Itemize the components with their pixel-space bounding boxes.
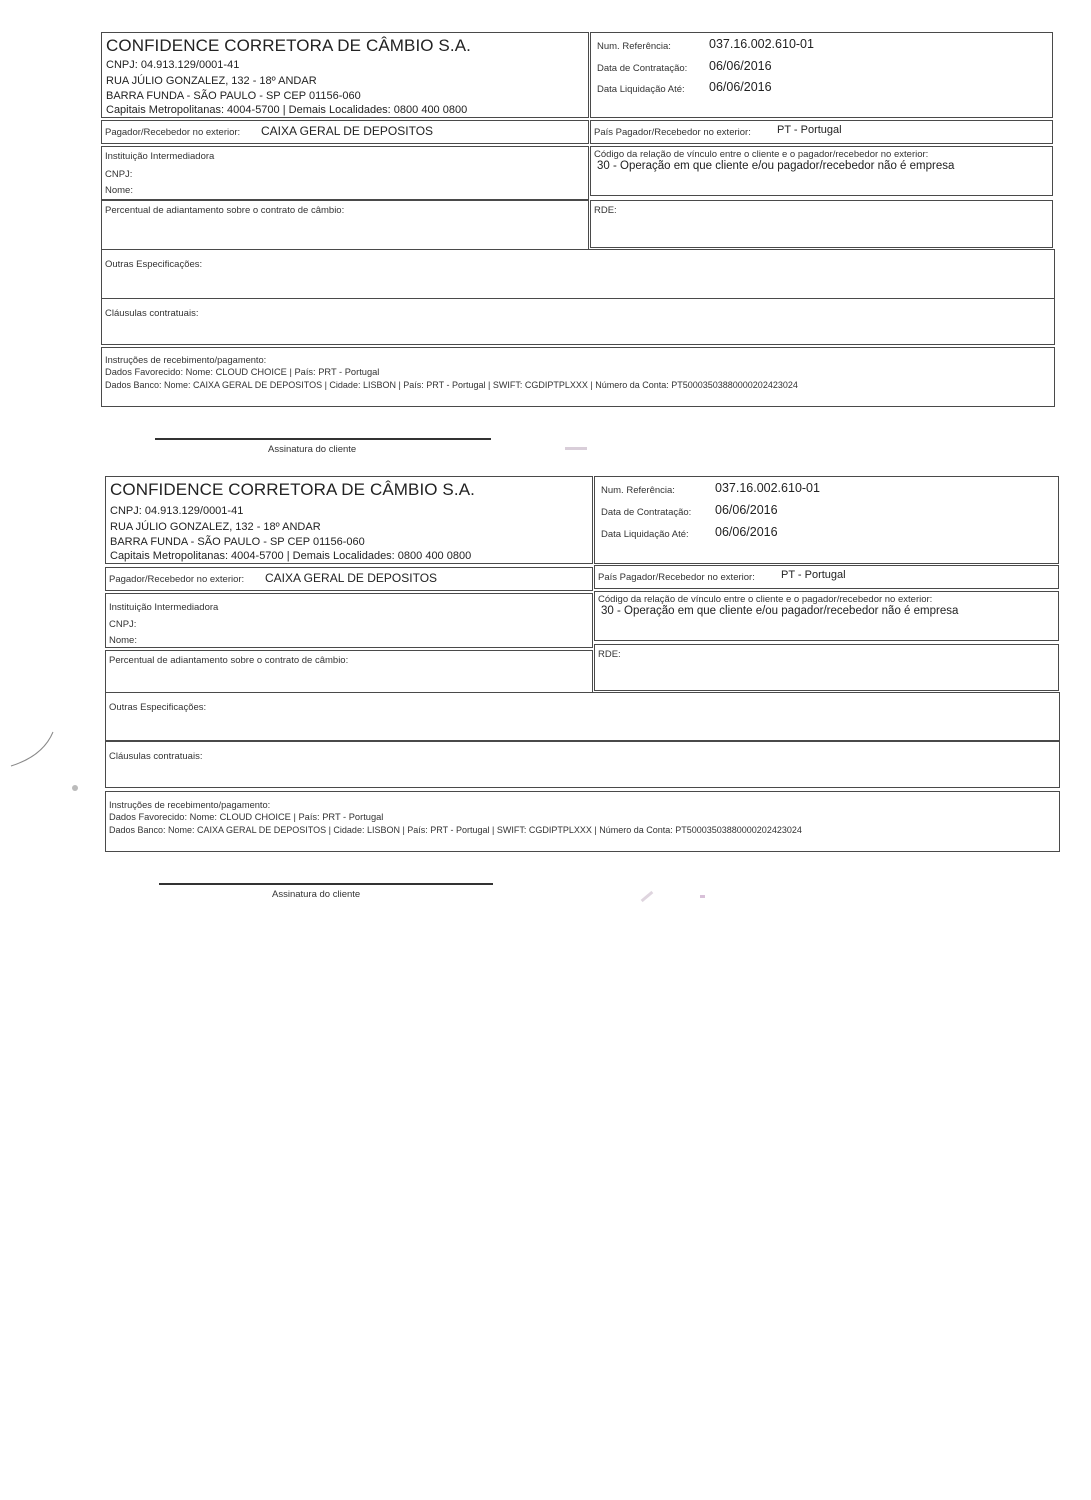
settlement-date-value: 06/06/2016 — [715, 525, 778, 539]
company-header-box: CONFIDENCE CORRETORA DE CÂMBIO S.A. CNPJ… — [101, 32, 589, 118]
relationship-code-value: 30 - Operação em que cliente e/ou pagado… — [601, 605, 958, 617]
scan-speck — [72, 785, 78, 791]
reference-number-value: 037.16.002.610-01 — [709, 37, 814, 51]
relationship-code-label: Código da relação de vínculo entre o cli… — [598, 594, 932, 605]
payer-country-value: PT - Portugal — [777, 124, 842, 136]
intermediary-title: Instituição Intermediadora — [109, 602, 218, 613]
payer-country-value: PT - Portugal — [781, 569, 846, 581]
company-cnpj: CNPJ: 04.913.129/0001-41 — [106, 59, 239, 71]
signature-label: Assinatura do cliente — [272, 889, 360, 900]
reference-number-value: 037.16.002.610-01 — [715, 481, 820, 495]
intermediary-box: Instituição Intermediadora CNPJ: Nome: — [105, 593, 593, 648]
advance-percentage-label: Percentual de adiantamento sobre o contr… — [105, 205, 344, 216]
company-name: CONFIDENCE CORRETORA DE CÂMBIO S.A. — [106, 36, 471, 56]
relationship-code-box: Código da relação de vínculo entre o cli… — [590, 146, 1053, 196]
rde-label: RDE: — [598, 649, 621, 660]
other-specifications-box: Outras Especificações: — [105, 692, 1060, 741]
scan-mark-arc — [5, 728, 65, 778]
contract-clauses-box: Cláusulas contratuais: — [101, 298, 1055, 345]
company-cnpj: CNPJ: 04.913.129/0001-41 — [110, 505, 243, 517]
payer-country-label: País Pagador/Recebedor no exterior: — [594, 127, 751, 138]
signature-line — [155, 438, 491, 440]
contract-clauses-label: Cláusulas contratuais: — [105, 308, 198, 319]
payer-box: Pagador/Recebedor no exterior: CAIXA GER… — [101, 120, 589, 144]
payment-instructions-box: Instruções de recebimento/pagamento: Dad… — [101, 347, 1055, 407]
settlement-date-value: 06/06/2016 — [709, 80, 772, 94]
rde-label: RDE: — [594, 205, 617, 216]
settlement-date-label: Data Liquidação Até: — [601, 529, 689, 540]
contract-clauses-label: Cláusulas contratuais: — [109, 751, 202, 762]
payer-label: Pagador/Recebedor no exterior: — [109, 574, 244, 585]
contract-clauses-box: Cláusulas contratuais: — [105, 741, 1060, 788]
company-address-line-1: RUA JÚLIO GONZALEZ, 132 - 18º ANDAR — [110, 521, 321, 533]
signature-line — [159, 883, 493, 885]
intermediary-name-label: Nome: — [105, 185, 133, 196]
intermediary-cnpj-label: CNPJ: — [109, 619, 136, 630]
rde-box: RDE: — [594, 644, 1059, 691]
other-specifications-label: Outras Especificações: — [109, 702, 206, 713]
reference-number-label: Num. Referência: — [597, 41, 671, 52]
relationship-code-label: Código da relação de vínculo entre o cli… — [594, 149, 928, 160]
rde-box: RDE: — [590, 200, 1053, 248]
payer-value: CAIXA GERAL DE DEPOSITOS — [261, 124, 433, 138]
payment-instructions-label: Instruções de recebimento/pagamento: — [109, 800, 270, 810]
beneficiary-details: Dados Favorecido: Nome: CLOUD CHOICE | P… — [109, 812, 383, 822]
advance-percentage-box: Percentual de adiantamento sobre o contr… — [105, 650, 593, 697]
contract-date-value: 06/06/2016 — [715, 503, 778, 517]
intermediary-title: Instituição Intermediadora — [105, 151, 214, 162]
contract-date-value: 06/06/2016 — [709, 59, 772, 73]
payer-box: Pagador/Recebedor no exterior: CAIXA GER… — [105, 567, 593, 591]
company-address-line-2: BARRA FUNDA - SÃO PAULO - SP CEP 01156-0… — [110, 536, 365, 548]
exchange-contract-copy-2: CONFIDENCE CORRETORA DE CÂMBIO S.A. CNPJ… — [105, 476, 1060, 901]
other-specifications-box: Outras Especificações: — [101, 249, 1055, 299]
payer-country-box: País Pagador/Recebedor no exterior: PT -… — [594, 565, 1059, 589]
bank-details: Dados Banco: Nome: CAIXA GERAL DE DEPOSI… — [105, 380, 798, 390]
advance-percentage-box: Percentual de adiantamento sobre o contr… — [101, 200, 589, 252]
beneficiary-details: Dados Favorecido: Nome: CLOUD CHOICE | P… — [105, 367, 379, 377]
company-name: CONFIDENCE CORRETORA DE CÂMBIO S.A. — [110, 480, 475, 500]
relationship-code-box: Código da relação de vínculo entre o cli… — [594, 591, 1059, 641]
intermediary-cnpj-label: CNPJ: — [105, 169, 132, 180]
contract-date-label: Data de Contratação: — [597, 63, 687, 74]
intermediary-box: Instituição Intermediadora CNPJ: Nome: — [101, 146, 589, 200]
contract-date-label: Data de Contratação: — [601, 507, 691, 518]
bank-details: Dados Banco: Nome: CAIXA GERAL DE DEPOSI… — [109, 825, 802, 835]
exchange-contract-copy-1: CONFIDENCE CORRETORA DE CÂMBIO S.A. CNPJ… — [101, 32, 1056, 457]
company-phones: Capitais Metropolitanas: 4004-5700 | Dem… — [110, 550, 471, 562]
payer-label: Pagador/Recebedor no exterior: — [105, 127, 240, 138]
payment-instructions-box: Instruções de recebimento/pagamento: Dad… — [105, 791, 1060, 852]
reference-number-label: Num. Referência: — [601, 485, 675, 496]
relationship-code-value: 30 - Operação em que cliente e/ou pagado… — [597, 160, 954, 172]
other-specifications-label: Outras Especificações: — [105, 259, 202, 270]
company-address-line-1: RUA JÚLIO GONZALEZ, 132 - 18º ANDAR — [106, 75, 317, 87]
settlement-date-label: Data Liquidação Até: — [597, 84, 685, 95]
signature-label: Assinatura do cliente — [268, 444, 356, 455]
company-address-line-2: BARRA FUNDA - SÃO PAULO - SP CEP 01156-0… — [106, 90, 361, 102]
advance-percentage-label: Percentual de adiantamento sobre o contr… — [109, 655, 348, 666]
payer-value: CAIXA GERAL DE DEPOSITOS — [265, 571, 437, 585]
reference-box: Num. Referência: 037.16.002.610-01 Data … — [590, 32, 1053, 118]
intermediary-name-label: Nome: — [109, 635, 137, 646]
company-header-box: CONFIDENCE CORRETORA DE CÂMBIO S.A. CNPJ… — [105, 476, 593, 564]
payer-country-label: País Pagador/Recebedor no exterior: — [598, 572, 755, 583]
payment-instructions-label: Instruções de recebimento/pagamento: — [105, 355, 266, 365]
company-phones: Capitais Metropolitanas: 4004-5700 | Dem… — [106, 104, 467, 116]
reference-box: Num. Referência: 037.16.002.610-01 Data … — [594, 476, 1059, 564]
payer-country-box: País Pagador/Recebedor no exterior: PT -… — [590, 120, 1053, 144]
